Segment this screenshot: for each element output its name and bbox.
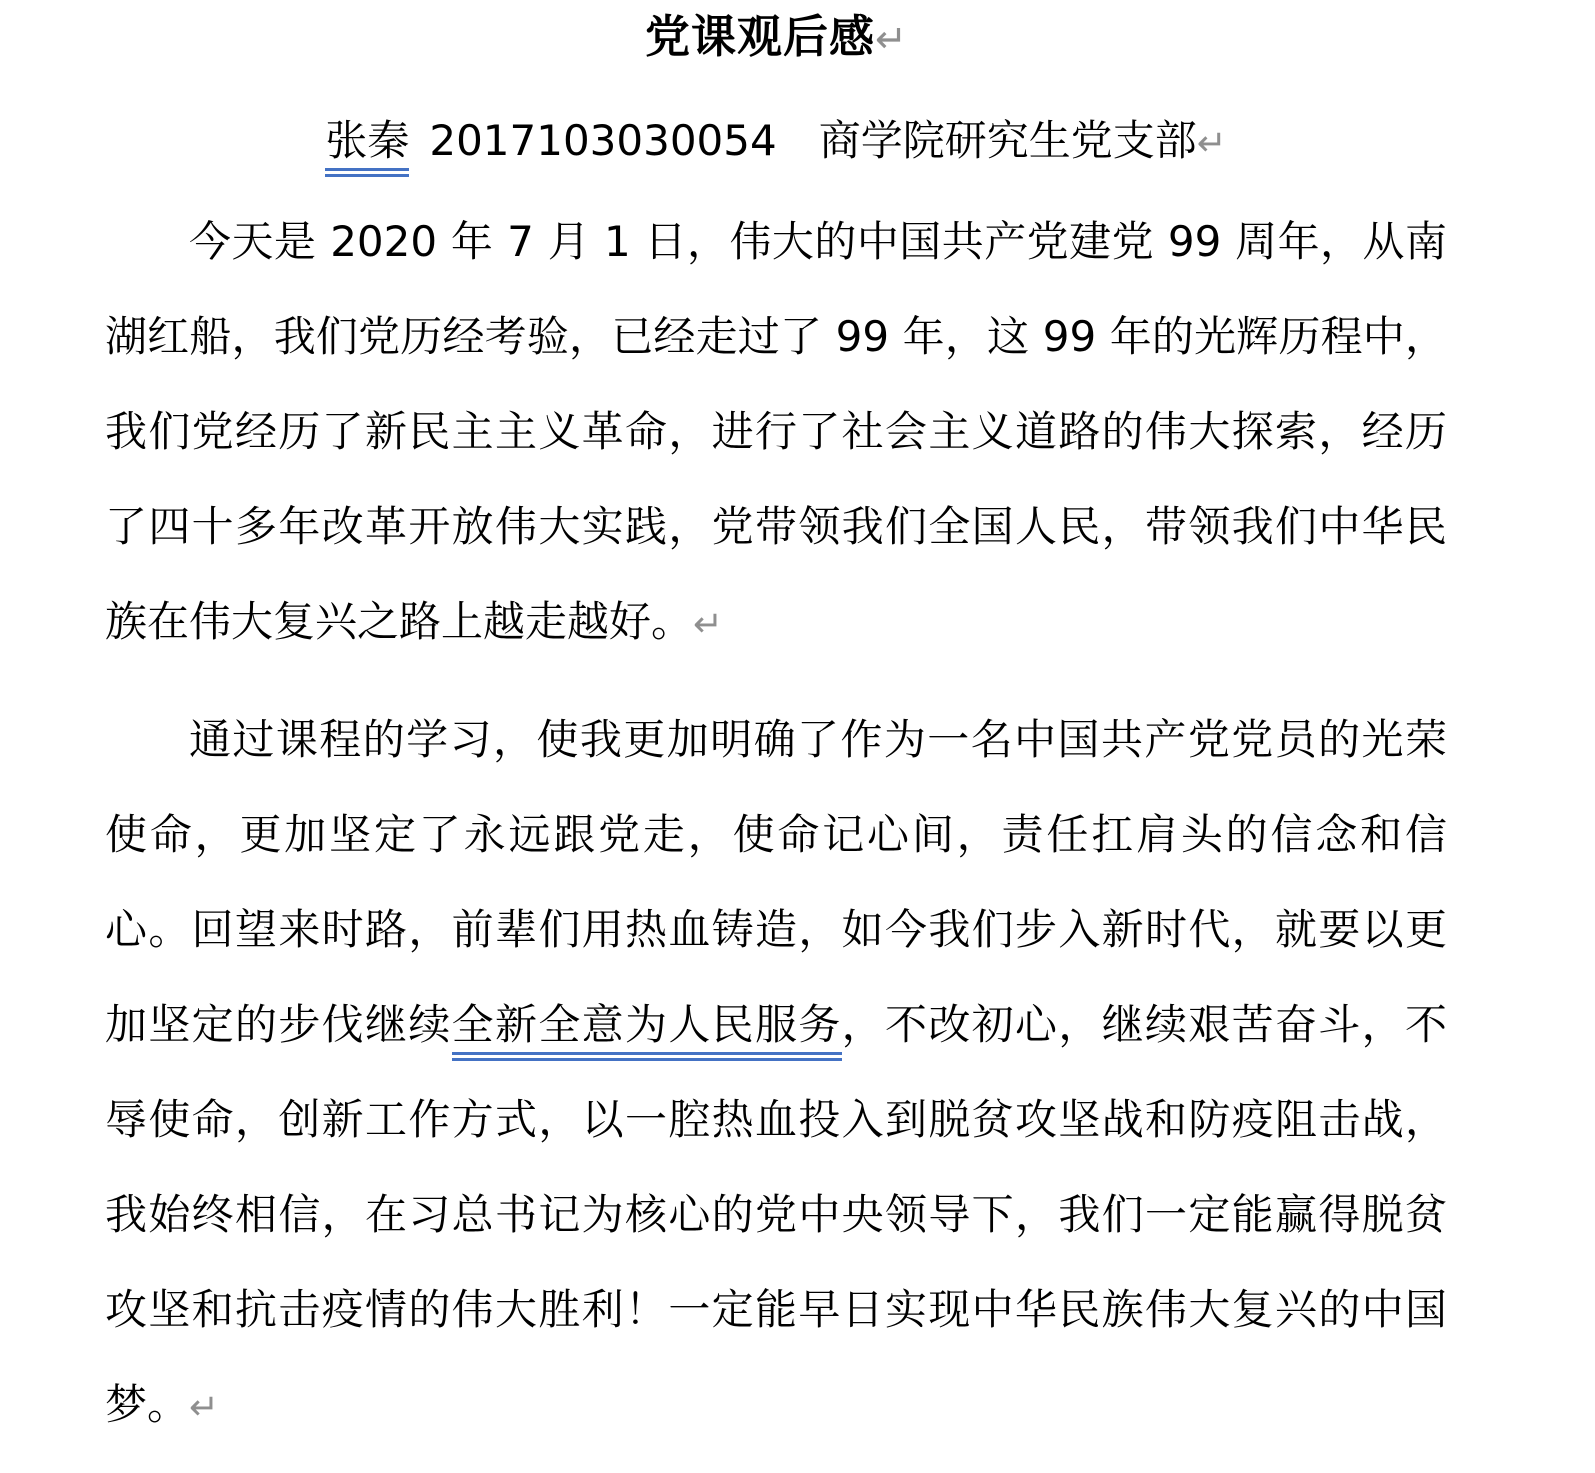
author-line: 张秦2017103030054商学院研究生党支部↵	[105, 111, 1447, 174]
return-mark-icon: ↵	[189, 1387, 219, 1428]
paragraph-2-underlined-phrase: 全新全意为人民服务	[452, 1000, 842, 1061]
paragraph-1: 今天是 2020 年 7 月 1 日，伟大的中国共产党建党 99 周年，从南湖红…	[105, 194, 1447, 672]
return-mark-icon: ↵	[875, 17, 907, 62]
document-title: 党课观后感↵	[105, 6, 1447, 71]
paragraph-1-text: 今天是 2020 年 7 月 1 日，伟大的中国共产党建党 99 周年，从南湖红…	[105, 217, 1447, 646]
document-page: 党课观后感↵ 张秦2017103030054商学院研究生党支部↵ 今天是 202…	[0, 0, 1595, 1473]
paragraph-2-segment-3: ，不改初心，继续艰苦奋斗，不辱使命，创新工作方式，以一腔热血投入到脱贫攻坚战和防…	[105, 1000, 1447, 1429]
return-mark-icon: ↵	[693, 604, 723, 645]
student-id: 2017103030054	[429, 116, 776, 165]
document-content: 党课观后感↵ 张秦2017103030054商学院研究生党支部↵ 今天是 202…	[0, 0, 1595, 1455]
return-mark-icon: ↵	[1197, 123, 1227, 164]
paragraph-2-segment-1: 通过课程的学习，使我更加明确了作为一名中国共产党党员的光荣使命，更加坚定了永远跟…	[105, 715, 1447, 1049]
author-name: 张秦	[325, 116, 409, 177]
document-title-text: 党课观后感	[645, 10, 875, 63]
paragraph-2: 通过课程的学习，使我更加明确了作为一名中国共产党党员的光荣使命，更加坚定了永远跟…	[105, 692, 1447, 1455]
affiliation: 商学院研究生党支部	[819, 116, 1197, 165]
